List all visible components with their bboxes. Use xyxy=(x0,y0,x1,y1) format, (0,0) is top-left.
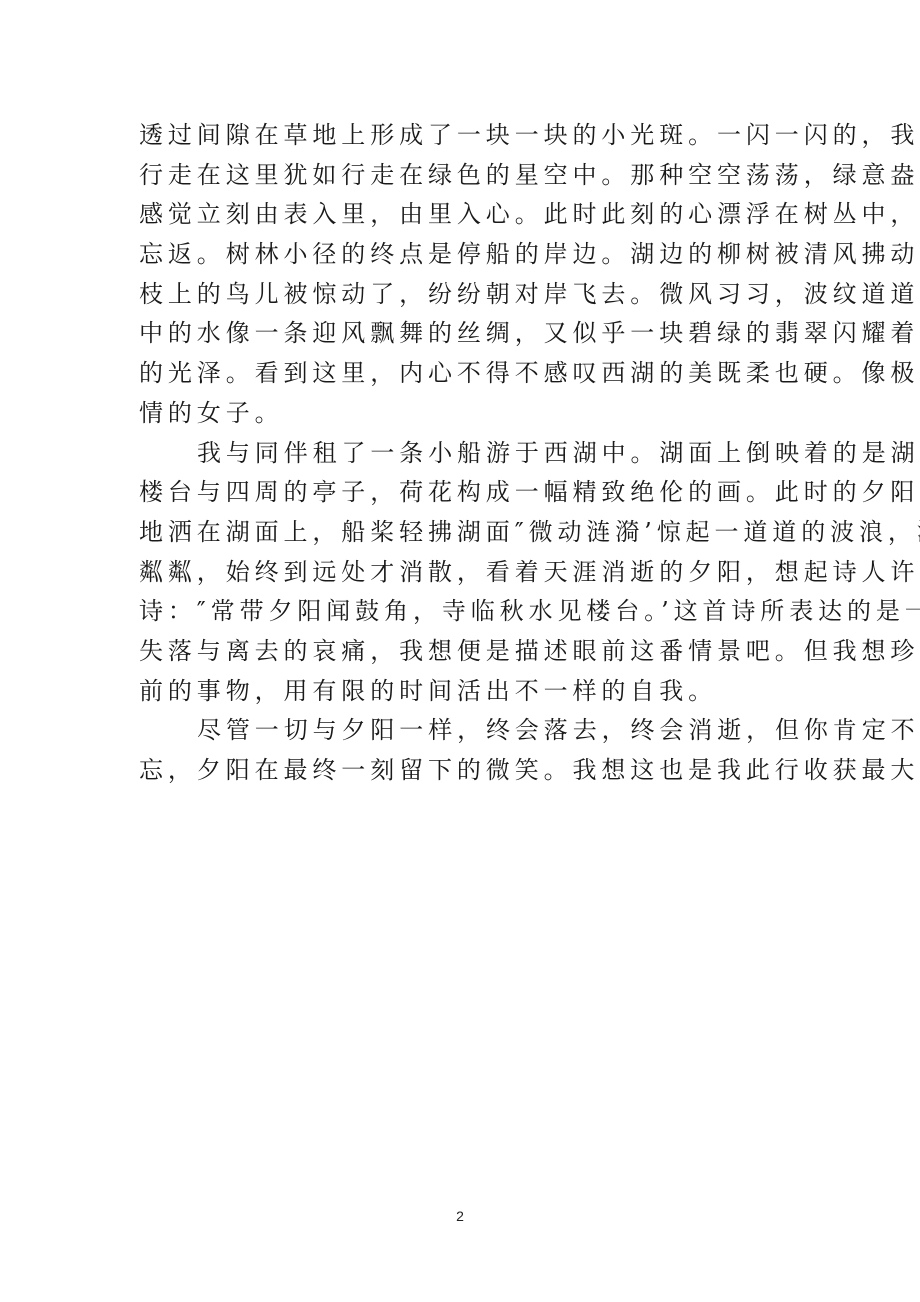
text-line: 楼台与四周的亭子，荷花构成一幅精致绝伦的画。此时的夕阳懒散 xyxy=(139,473,779,513)
text-line: 的光泽。看到这里，内心不得不感叹西湖的美既柔也硬。像极了多 xyxy=(139,354,779,394)
text-line-indented: 尽管一切与夕阳一样，终会落去，终会消逝，但你肯定不会遗 xyxy=(139,711,779,751)
text-line: 粼粼，始终到远处才消散，看着天涯消逝的夕阳，想起诗人许浑的 xyxy=(139,553,779,593)
text-line: 中的水像一条迎风飘舞的丝绸，又似乎一块碧绿的翡翠闪耀着刺眼 xyxy=(139,314,779,354)
page-number: 2 xyxy=(0,1208,920,1224)
text-line: 感觉立刻由表入里，由里入心。此时此刻的心漂浮在树丛中，流连 xyxy=(139,195,779,235)
text-line-indented: 我与同伴租了一条小船游于西湖中。湖面上倒映着的是湖边的 xyxy=(139,434,779,474)
text-line: 前的事物，用有限的时间活出不一样的自我。 xyxy=(139,672,779,712)
text-line: 行走在这里犹如行走在绿色的星空中。那种空空荡荡，绿意盎然的 xyxy=(139,156,779,196)
paragraph-2: 我与同伴租了一条小船游于西湖中。湖面上倒映着的是湖边的 楼台与四周的亭子，荷花构… xyxy=(139,434,779,712)
text-line: 失落与离去的哀痛，我想便是描述眼前这番情景吧。但我想珍惜眼 xyxy=(139,632,779,672)
paragraph-1: 透过间隙在草地上形成了一块一块的小光斑。一闪一闪的，我觉得 行走在这里犹如行走在… xyxy=(139,116,779,434)
paragraph-3: 尽管一切与夕阳一样，终会落去，终会消逝，但你肯定不会遗 忘，夕阳在最终一刻留下的… xyxy=(139,711,779,790)
text-line: 忘返。树林小径的终点是停船的岸边。湖边的柳树被清风拂动着， xyxy=(139,235,779,275)
text-line: 透过间隙在草地上形成了一块一块的小光斑。一闪一闪的，我觉得 xyxy=(139,116,779,156)
text-line: 地洒在湖面上，船桨轻拂湖面″微动涟漪’惊起一道道的波浪，波光 xyxy=(139,513,779,553)
document-page: 透过间隙在草地上形成了一块一块的小光斑。一闪一闪的，我觉得 行走在这里犹如行走在… xyxy=(0,0,920,1302)
text-line: 情的女子。 xyxy=(139,394,779,434)
text-line: 枝上的鸟儿被惊动了，纷纷朝对岸飞去。微风习习，波纹道道，湖 xyxy=(139,275,779,315)
text-line: 诗：″常带夕阳闻鼓角，寺临秋水见楼台。’这首诗所表达的是一种 xyxy=(139,592,779,632)
document-body: 透过间隙在草地上形成了一块一块的小光斑。一闪一闪的，我觉得 行走在这里犹如行走在… xyxy=(139,116,779,791)
text-line: 忘，夕阳在最终一刻留下的微笑。我想这也是我此行收获最大的。 xyxy=(139,751,779,791)
